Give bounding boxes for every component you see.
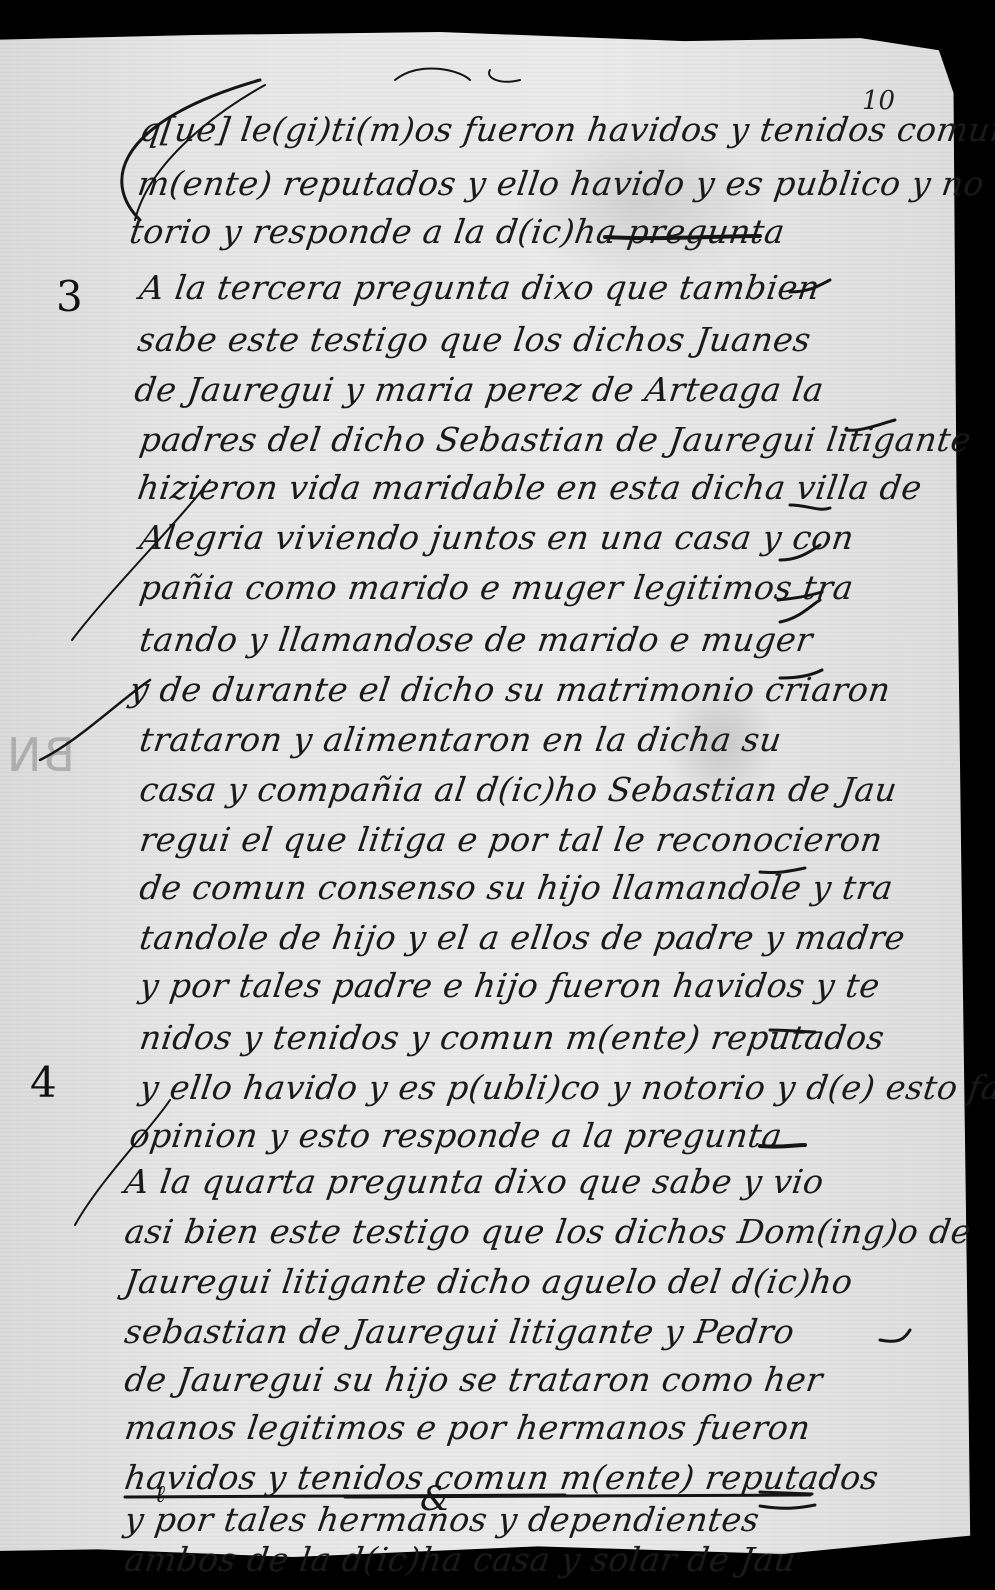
text-line: pañia como marido e muger legitimos tra — [137, 568, 856, 607]
text-line: Alegria viviendo juntos en una casa y co… — [137, 518, 856, 557]
text-line: manos legitimos e por hermanos fueron — [122, 1408, 813, 1447]
text-line: hizieron vida maridable en esta dicha vi… — [135, 468, 924, 507]
text-line: trataron y alimentaron en la dicha su — [137, 720, 784, 759]
margin-marker-3: 3 — [56, 272, 83, 321]
text-line: y ello havido y es p(ubli)co y notorio y… — [137, 1068, 995, 1107]
text-line: de Jauregui su hijo se trataron como her — [122, 1360, 825, 1399]
text-line: y por tales padre e hijo fueron havidos … — [137, 966, 882, 1005]
margin-marker-4: 4 — [30, 1058, 57, 1107]
text-line: havidos y tenidos comun m(ente) reputado… — [122, 1458, 881, 1497]
text-line: tando y llamandose de marido e muger — [137, 620, 815, 659]
text-line: asi bien este testigo que los dichos Dom… — [122, 1212, 974, 1251]
text-line: torio y responde a la d(ic)ha pregunta — [127, 212, 787, 251]
text-line: sabe este testigo que los dichos Juanes — [135, 320, 813, 359]
library-stamp-bleedthrough: BN — [5, 728, 75, 782]
text-line: nidos y tenidos y comun m(ente) reputado… — [137, 1018, 887, 1057]
text-line: padres del dicho Sebastian de Jauregui l… — [137, 420, 974, 459]
text-line: A la quarta pregunta dixo que sabe y vio — [122, 1162, 826, 1201]
text-line: tandole de hijo y el a ellos de padre y … — [137, 918, 907, 957]
text-line: de Jauregui y maria perez de Arteaga la — [132, 370, 826, 409]
text-line: casa y compañia al d(ic)ho Sebastian de … — [137, 770, 899, 809]
text-line: de comun consenso su hijo llamandole y t… — [137, 868, 895, 907]
text-line: opinion y esto responde a la pregunta — [127, 1116, 785, 1155]
text-line: regui el que litiga e por tal le reconoc… — [137, 820, 885, 859]
text-line: m(ente) reputados y ello havido y es pub… — [135, 164, 987, 203]
text-line: q[ue] le(gi)ti(m)os fueron havidos y ten… — [137, 110, 995, 149]
text-line: A la tercera pregunta dixo que tambien — [137, 268, 822, 307]
text-line: y por tales hermanos y dependientes — [122, 1500, 762, 1539]
text-line: Jauregui litigante dicho aguelo del d(ic… — [122, 1262, 855, 1301]
text-line: y de durante el dicho su matrimonio cria… — [127, 670, 893, 709]
text-line: ambos de la d(ic)ha casa y solar de Jau — [122, 1540, 799, 1579]
text-line: sebastian de Jauregui litigante y Pedro — [122, 1312, 797, 1351]
